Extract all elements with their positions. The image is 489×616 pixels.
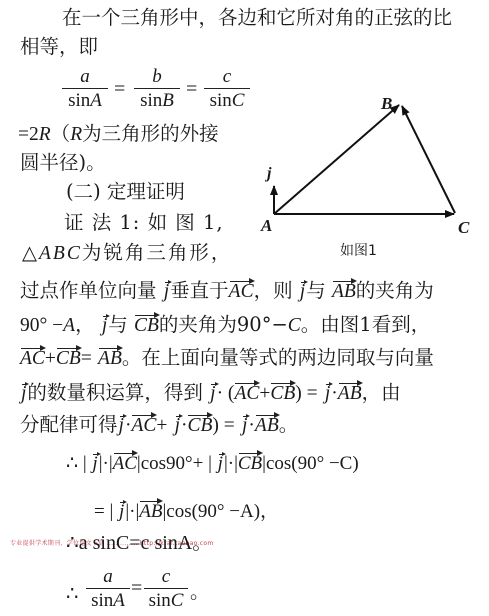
equals-sign: =	[131, 577, 142, 600]
body-line-1: 过点作单位向量 j垂直于AC，则 j与 AB的夹角为	[20, 279, 434, 304]
unit-vector-label-j: j	[267, 162, 271, 186]
derivation-line-1: ∴ | j|·|AC|cos90°+ | j|·|CB|cos(90° −C)	[66, 452, 359, 476]
derivation-line-3: ∴a sinC=c sinA。	[66, 531, 212, 555]
point-label-C: C	[458, 216, 469, 240]
fraction-c-sinC: c sinC	[144, 566, 188, 613]
period: 。	[190, 580, 210, 604]
vector-AB	[274, 105, 399, 214]
body-line-4: j的数量积运算，得到 j· (AC+CB) = j·AB，由	[20, 381, 401, 406]
therefore-sign: ∴	[66, 583, 78, 607]
point-label-A: A	[261, 214, 272, 238]
vector-CB	[402, 106, 455, 213]
point-label-B: B	[381, 92, 392, 116]
derivation-line-2: = | j|·|AB|cos(90° −A)，	[94, 500, 279, 524]
fraction-a-sinA: a sinA	[86, 566, 130, 613]
figure-caption: 如图1	[340, 240, 377, 260]
body-line-5: 分配律可得j·AC+ j·CB) = j·AB。	[20, 413, 298, 438]
body-line-3: AC+CB= AB。在上面向量等式的两边同取与向量	[20, 346, 434, 371]
body-line-2: 90° −A， j与 CB的夹角为90°−C。由图1看到，	[20, 313, 430, 338]
